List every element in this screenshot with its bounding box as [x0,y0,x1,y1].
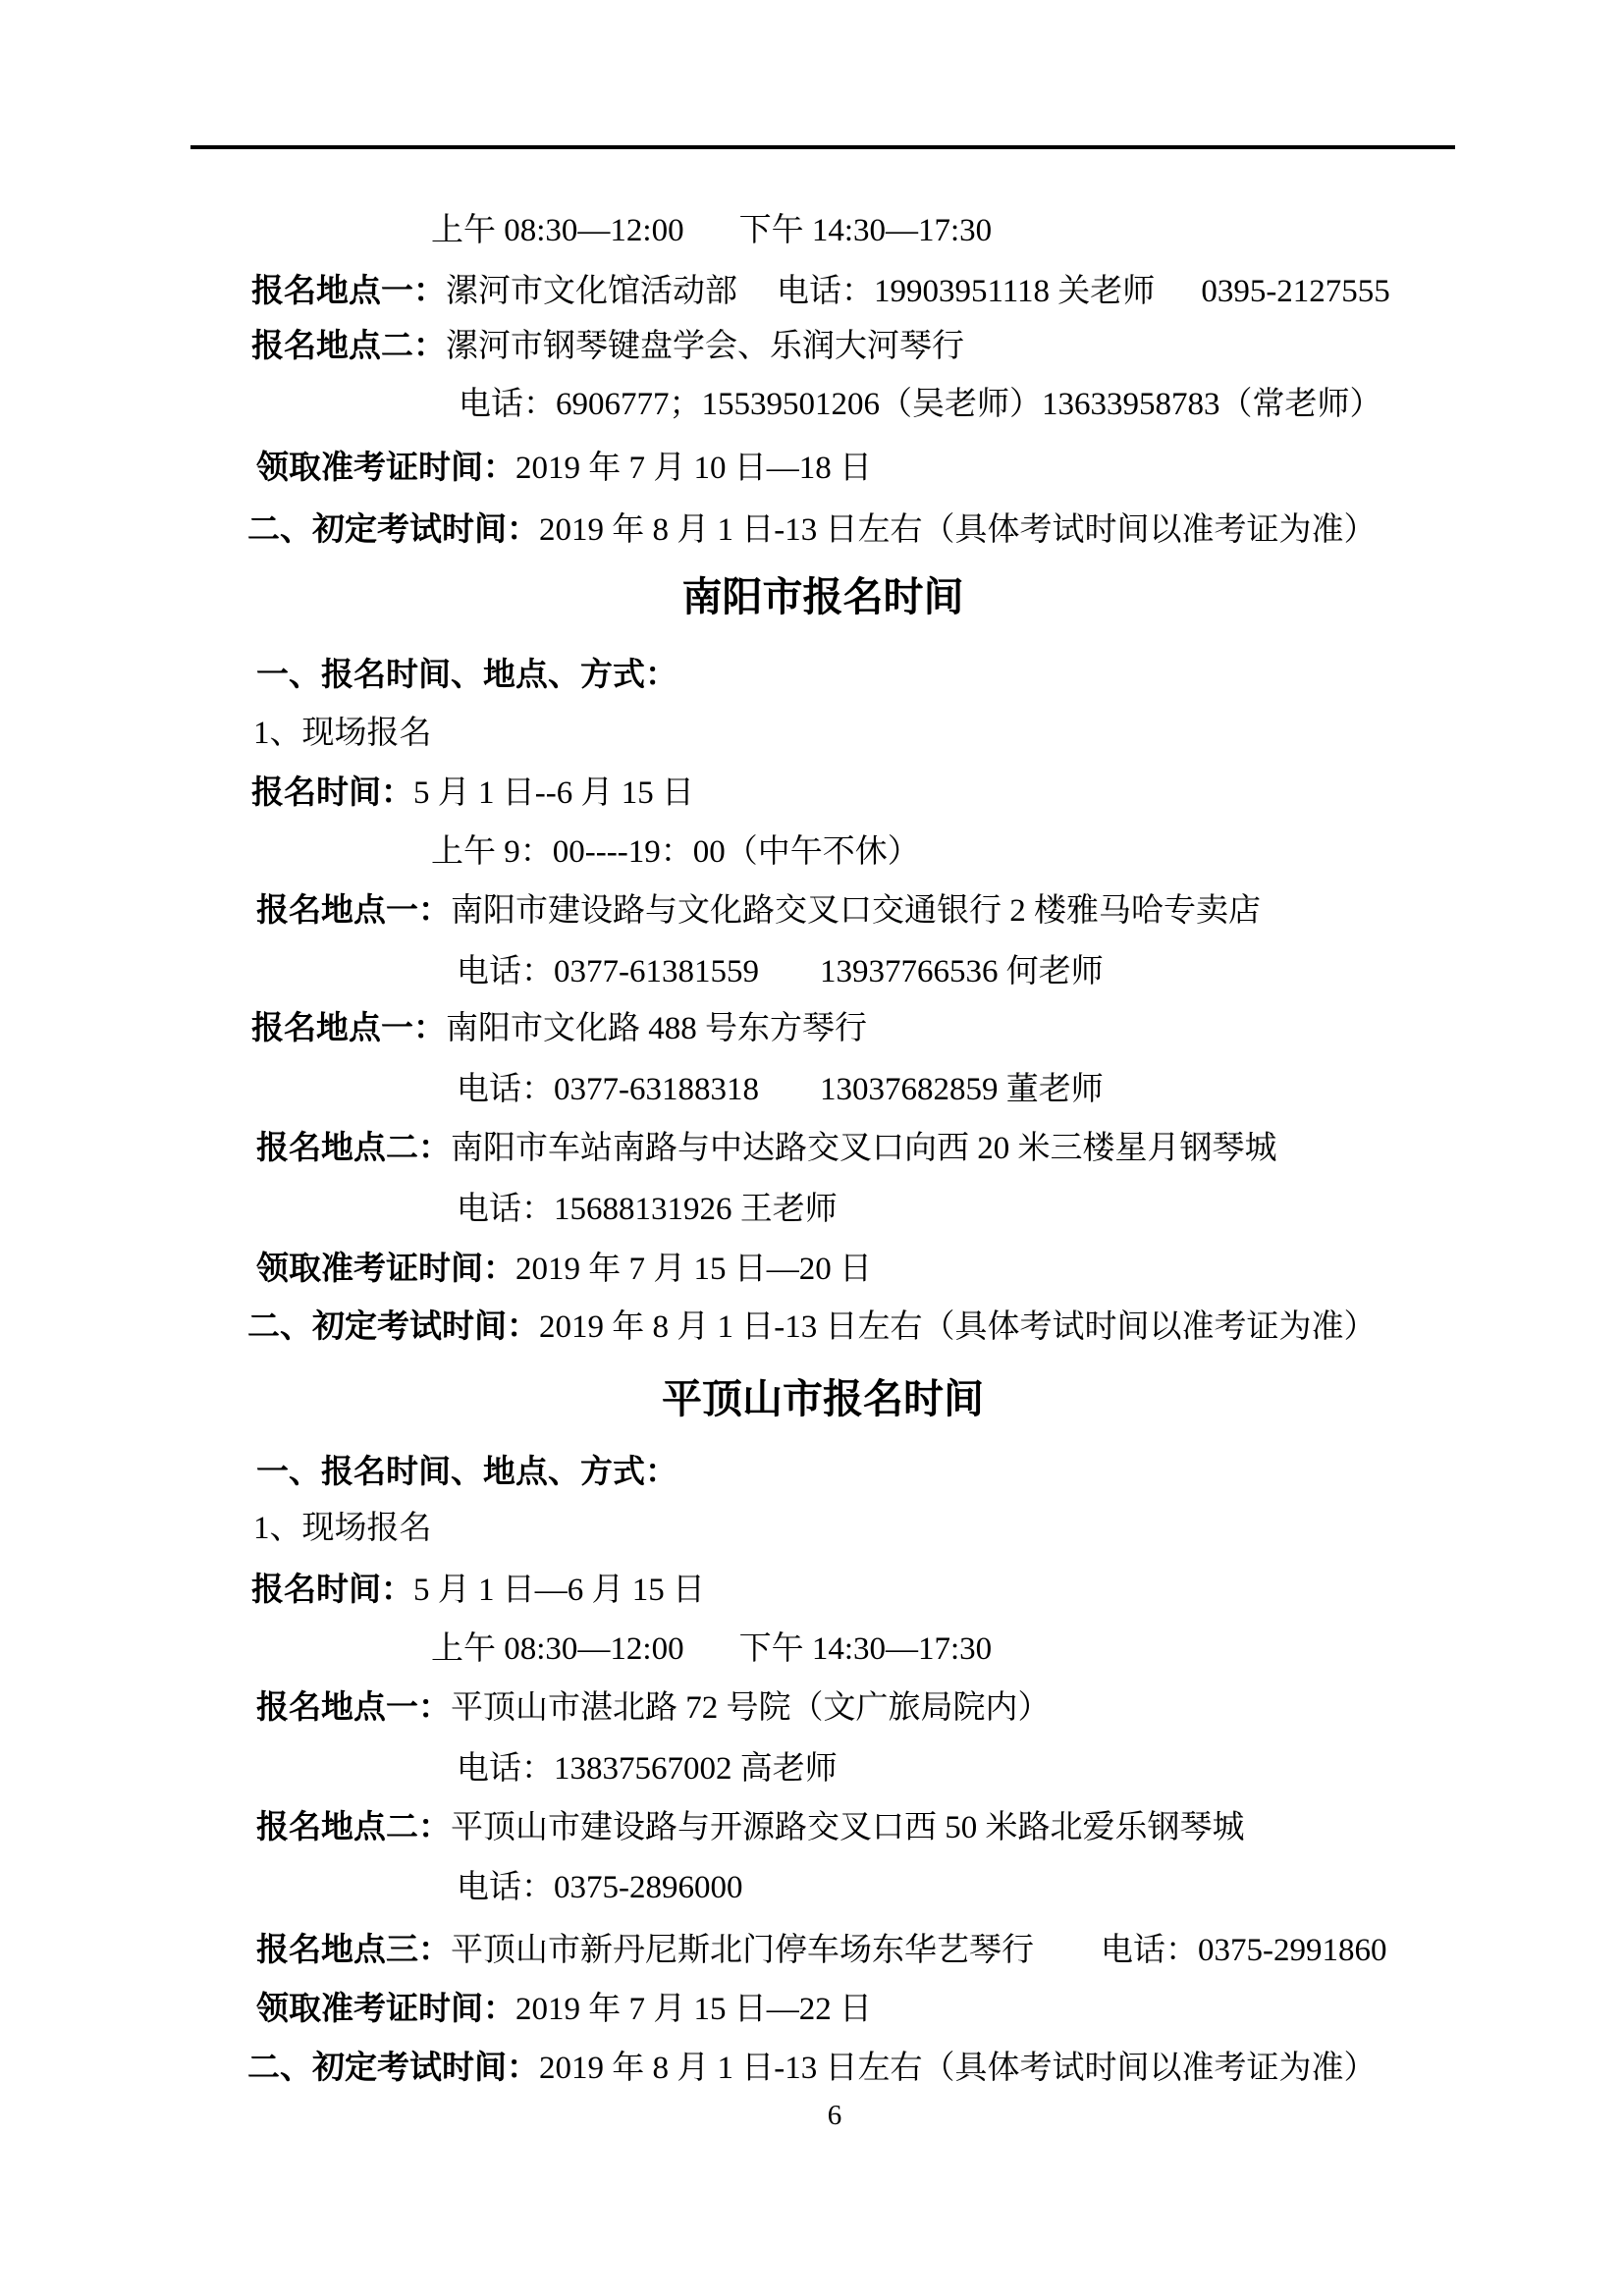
pingdingshan-time-label: 报名时间： [251,1573,413,1608]
luohe-ticket-value: 2019 年 7 月 10 日—18 日 [515,451,872,486]
luohe-site1-name: 漯河市文化馆活动部 [446,274,737,309]
nanyang-site1-phone2: 13937766536 何老师 [820,954,1104,989]
pingdingshan-site3-label: 报名地点三： [256,1933,451,1968]
nanyang-site2-name: 南阳市文化路 488 号东方琴行 [446,1011,867,1046]
pingdingshan-item1-line: 1、现场报名 [253,1507,432,1550]
nanyang-item1-line: 1、现场报名 [253,712,432,755]
luohe-site2-label: 报名地点二： [251,329,446,364]
nanyang-time-label: 报名时间： [251,775,413,811]
nanyang-hours-text: 上午 9：00----19：00（中午不休） [431,834,920,870]
nanyang-sec1-line: 一、报名时间、地点、方式： [256,654,677,697]
nanyang-title-text: 南阳市报名时间 [682,574,964,619]
luohe-hours-pm: 下午 14:30—17:30 [739,213,993,248]
luohe-exam-value: 2019 年 8 月 1 日-13 日左右（具体考试时间以准考证为准） [539,512,1377,548]
pingdingshan-site2-phone: 电话：0375-2896000 [457,1870,743,1905]
nanyang-ticket-value: 2019 年 7 月 15 日—20 日 [515,1252,872,1287]
document-page: 上午 08:30—12:00下午 14:30—17:30 报名地点一：漯河市文化… [0,0,1624,2296]
nanyang-ticket-line: 领取准考证时间：2019 年 7 月 15 日—20 日 [256,1248,872,1291]
nanyang-site1-label: 报名地点一： [256,893,451,929]
pingdingshan-site1-line: 报名地点一：平顶山市湛北路 72 号院（文广旅局院内） [256,1686,1051,1730]
nanyang-site2-phone1: 电话：0377-63188318 [457,1072,759,1107]
pingdingshan-site3-phone: 电话：0375-2991860 [1101,1933,1387,1968]
pingdingshan-site3-line: 报名地点三：平顶山市新丹尼斯北门停车场东华艺琴行电话：0375-2991860 [256,1929,1387,1972]
nanyang-section-title: 南阳市报名时间 [190,569,1455,624]
nanyang-site3-phone1: 电话：15688131926 王老师 [457,1192,838,1227]
luohe-site2-phone: 电话：6906777；15539501206（吴老师）13633958783（常… [459,387,1382,422]
nanyang-site1-phone-line: 电话：0377-6138155913937766536 何老师 [457,950,1104,993]
nanyang-exam-label: 二、初定考试时间： [247,1309,539,1345]
pingdingshan-site1-phone: 电话：13837567002 高老师 [457,1751,838,1787]
luohe-site1-line: 报名地点一：漯河市文化馆活动部电话：19903951118 关老师0395-21… [251,270,1390,313]
luohe-exam-line: 二、初定考试时间：2019 年 8 月 1 日-13 日左右（具体考试时间以准考… [247,508,1377,552]
header-divider [190,145,1455,149]
luohe-site1-phone: 电话：19903951118 关老师 [777,274,1155,309]
nanyang-site3-line: 报名地点二：南阳市车站南路与中达路交叉口向西 20 米三楼星月钢琴城 [256,1127,1277,1170]
luohe-hours-am: 上午 08:30—12:00 [431,213,684,248]
pingdingshan-sec1-line: 一、报名时间、地点、方式： [256,1451,677,1494]
pingdingshan-time-line: 报名时间：5 月 1 日—6 月 15 日 [251,1569,705,1612]
nanyang-site1-phone1: 电话：0377-61381559 [457,954,759,989]
nanyang-site1-name: 南阳市建设路与文化路交叉口交通银行 2 楼雅马哈专卖店 [451,893,1261,929]
nanyang-time-value: 5 月 1 日--6 月 15 日 [413,775,694,811]
pingdingshan-site2-phone-line: 电话：0375-2896000 [457,1866,743,1909]
nanyang-site3-name: 南阳市车站南路与中达路交叉口向西 20 米三楼星月钢琴城 [451,1131,1277,1166]
nanyang-site3-label: 报名地点二： [256,1131,451,1166]
nanyang-site2-phone2: 13037682859 董老师 [820,1072,1104,1107]
nanyang-site3-phone-line: 电话：15688131926 王老师 [457,1188,838,1231]
luohe-ticket-label: 领取准考证时间： [256,451,515,486]
luohe-exam-label: 二、初定考试时间： [247,512,539,548]
pingdingshan-ticket-label: 领取准考证时间： [256,1992,515,2027]
page-number: 6 [190,2096,1479,2135]
pingdingshan-site3-name: 平顶山市新丹尼斯北门停车场东华艺琴行 [451,1933,1034,1968]
nanyang-site2-phone-line: 电话：0377-6318831813037682859 董老师 [457,1068,1104,1111]
pingdingshan-ticket-line: 领取准考证时间：2019 年 7 月 15 日—22 日 [256,1988,872,2031]
nanyang-site2-line: 报名地点一：南阳市文化路 488 号东方琴行 [251,1007,867,1050]
pingdingshan-exam-value: 2019 年 8 月 1 日-13 日左右（具体考试时间以准考证为准） [539,2051,1377,2086]
pingdingshan-site2-name: 平顶山市建设路与开源路交叉口西 50 米路北爱乐钢琴城 [451,1810,1245,1845]
pingdingshan-hours-line: 上午 08:30—12:00下午 14:30—17:30 [431,1628,992,1671]
luohe-site2-line: 报名地点二：漯河市钢琴键盘学会、乐润大河琴行 [251,325,964,368]
nanyang-ticket-label: 领取准考证时间： [256,1252,515,1287]
pingdingshan-ticket-value: 2019 年 7 月 15 日—22 日 [515,1992,872,2027]
nanyang-site1-line: 报名地点一：南阳市建设路与文化路交叉口交通银行 2 楼雅马哈专卖店 [256,889,1261,933]
pingdingshan-section-title: 平顶山市报名时间 [190,1371,1455,1426]
nanyang-exam-value: 2019 年 8 月 1 日-13 日左右（具体考试时间以准考证为准） [539,1309,1377,1345]
luohe-site1-phone2: 0395-2127555 [1201,274,1390,309]
pingdingshan-hours-pm: 下午 14:30—17:30 [739,1631,993,1667]
nanyang-site2-label: 报名地点一： [251,1011,446,1046]
nanyang-item1-text: 1、现场报名 [253,716,432,751]
pingdingshan-title-text: 平顶山市报名时间 [662,1376,984,1421]
pingdingshan-sec1-label: 一、报名时间、地点、方式： [256,1455,677,1490]
luohe-site2-phone-line: 电话：6906777；15539501206（吴老师）13633958783（常… [459,383,1382,426]
luohe-site2-name: 漯河市钢琴键盘学会、乐润大河琴行 [446,329,964,364]
luohe-hours-line: 上午 08:30—12:00下午 14:30—17:30 [431,209,992,252]
nanyang-hours-line: 上午 9：00----19：00（中午不休） [431,830,920,874]
pingdingshan-site2-label: 报名地点二： [256,1810,451,1845]
page-number-text: 6 [828,2100,842,2131]
pingdingshan-site1-name: 平顶山市湛北路 72 号院（文广旅局院内） [451,1690,1051,1726]
pingdingshan-exam-line: 二、初定考试时间：2019 年 8 月 1 日-13 日左右（具体考试时间以准考… [247,2047,1377,2090]
pingdingshan-site1-label: 报名地点一： [256,1690,451,1726]
nanyang-sec1-label: 一、报名时间、地点、方式： [256,658,677,693]
nanyang-time-line: 报名时间：5 月 1 日--6 月 15 日 [251,772,694,815]
luohe-ticket-line: 领取准考证时间：2019 年 7 月 10 日—18 日 [256,447,872,490]
pingdingshan-item1-text: 1、现场报名 [253,1511,432,1546]
luohe-site1-label: 报名地点一： [251,274,446,309]
pingdingshan-exam-label: 二、初定考试时间： [247,2051,539,2086]
pingdingshan-hours-am: 上午 08:30—12:00 [431,1631,684,1667]
pingdingshan-time-value: 5 月 1 日—6 月 15 日 [413,1573,705,1608]
pingdingshan-site2-line: 报名地点二：平顶山市建设路与开源路交叉口西 50 米路北爱乐钢琴城 [256,1806,1245,1849]
pingdingshan-site1-phone-line: 电话：13837567002 高老师 [457,1747,838,1790]
nanyang-exam-line: 二、初定考试时间：2019 年 8 月 1 日-13 日左右（具体考试时间以准考… [247,1306,1377,1349]
